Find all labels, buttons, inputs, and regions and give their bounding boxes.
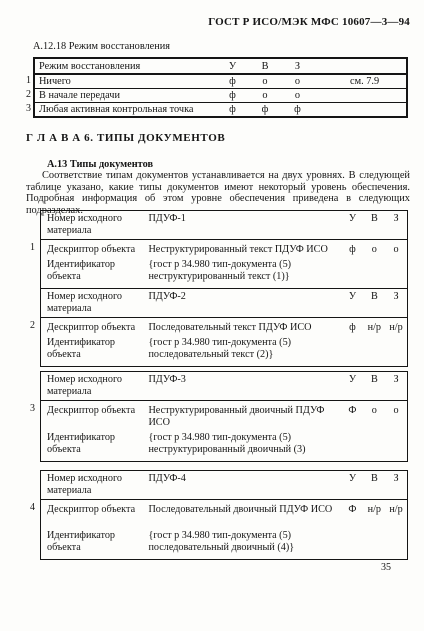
identifier-value: {гост р 34.980 тип-документа (5) неструк…: [142, 257, 341, 289]
doc-table-number: 1: [25, 242, 35, 253]
identifier-label: Идентификатор объекта: [41, 257, 143, 289]
cell-value: Ф: [341, 500, 363, 518]
material-header-row: Номер исходного материала ПДУФ-3 У В З: [41, 372, 408, 401]
cell-value: Ф: [341, 401, 363, 431]
material-header-row: Номер исходного материала ПДУФ-2 У В З: [41, 289, 408, 318]
recovery-row-number: 2: [21, 88, 31, 101]
cell-value: н/р: [364, 318, 385, 336]
descriptor-row: Дескриптор объекта Неструктурированный д…: [41, 401, 408, 431]
identifier-label: Идентификатор объекта: [41, 430, 143, 462]
doc-table-block-pduf-3: 3 Номер исходного материала ПДУФ-3 У В З…: [40, 371, 408, 462]
identifier-value: {гост р 34.980 тип-документа (5) неструк…: [142, 430, 341, 462]
identifier-label: Идентификатор объекта: [41, 335, 143, 367]
cell-value: ф: [216, 74, 249, 89]
identifier-row: Идентификатор объекта {гост р 34.980 тип…: [41, 335, 408, 367]
cell-value: ф: [216, 103, 249, 118]
cell-value: о: [249, 89, 281, 103]
descriptor-row: Дескриптор объекта Последовательный текс…: [41, 318, 408, 336]
cell-value: ф: [281, 103, 314, 118]
recovery-mode-table: Режим восстановления У В З Ничего ф о о …: [33, 57, 408, 118]
table-row: В начале передачи ф о о: [34, 89, 407, 103]
standard-code-header: ГОСТ Р ИСО/МЭК МФС 10607—3—94: [208, 16, 410, 28]
cell-value: ф: [216, 89, 249, 103]
identifier-row: Идентификатор объекта {гост р 34.980 тип…: [41, 257, 408, 289]
identifier-line: последовательный текст (2)}: [148, 349, 341, 361]
identifier-line: последовательный двоичный (4)}: [148, 542, 341, 554]
descriptor-value: Неструктурированный двоичный ПДУФ ИСО: [142, 401, 341, 431]
column-header-z: З: [385, 372, 407, 401]
row-note: [314, 103, 407, 118]
cell-value: о: [385, 240, 407, 258]
descriptor-label: Дескриптор объекта: [41, 240, 143, 258]
table-title-cell: Режим восстановления: [34, 58, 216, 74]
table-header-row: Режим восстановления У В З: [34, 58, 407, 74]
descriptor-value: Последовательный текст ПДУФ ИСО: [142, 318, 341, 336]
descriptor-label: Дескриптор объекта: [41, 318, 143, 336]
column-header-v: В: [364, 211, 385, 240]
material-header-row: Номер исходного материала ПДУФ-1 У В З: [41, 211, 408, 240]
column-header-u: У: [341, 471, 363, 500]
doc-type-table: Номер исходного материала ПДУФ-1 У В З Д…: [40, 210, 408, 289]
doc-type-table: Номер исходного материала ПДУФ-3 У В З Д…: [40, 371, 408, 462]
cell-value: ф: [341, 240, 363, 258]
column-header-v: В: [364, 372, 385, 401]
row-note: см. 7.9: [314, 74, 407, 89]
row-label: В начале передачи: [34, 89, 216, 103]
material-label: Номер исходного материала: [41, 211, 143, 240]
descriptor-label: Дескриптор объекта: [41, 401, 143, 431]
doc-table-block-pduf-4: 4 Номер исходного материала ПДУФ-4 У В З…: [40, 470, 408, 560]
table-row: Любая активная контрольная точка ф ф ф: [34, 103, 407, 118]
identifier-line: {гост р 34.980 тип-документа (5): [148, 337, 341, 349]
identifier-row: Идентификатор объекта {гост р 34.980 тип…: [41, 430, 408, 462]
row-note: [314, 89, 407, 103]
recovery-row-number: 1: [21, 74, 31, 87]
column-header-z: З: [281, 58, 314, 74]
doc-table-block-pduf-2: 2 Номер исходного материала ПДУФ-2 У В З…: [40, 288, 408, 367]
identifier-line: {гост р 34.980 тип-документа (5): [148, 432, 341, 444]
cell-value: н/р: [364, 500, 385, 518]
cell-value: о: [281, 89, 314, 103]
doc-table-number: 3: [25, 403, 35, 414]
recovery-table-block: 1 2 3 Режим восстановления У В З Ничего …: [33, 57, 408, 118]
page-number: 35: [381, 562, 391, 573]
descriptor-label: Дескриптор объекта: [41, 500, 143, 518]
section-a13-heading: А.13 Типы документов: [47, 159, 153, 170]
row-label: Ничего: [34, 74, 216, 89]
cell-value: о: [364, 240, 385, 258]
cell-value: о: [249, 74, 281, 89]
cell-value: н/р: [385, 318, 407, 336]
cell-value: о: [385, 401, 407, 431]
column-header-u: У: [216, 58, 249, 74]
cell-value: о: [364, 401, 385, 431]
material-label: Номер исходного материала: [41, 372, 143, 401]
doc-type-table: Номер исходного материала ПДУФ-4 У В З Д…: [40, 470, 408, 560]
cell-value: о: [281, 74, 314, 89]
column-header-z: З: [385, 289, 407, 318]
identifier-row: Идентификатор объекта {гост р 34.980 тип…: [41, 517, 408, 560]
column-header-u: У: [341, 211, 363, 240]
table-row: Ничего ф о о см. 7.9: [34, 74, 407, 89]
identifier-line: неструктурированный двоичный (3): [148, 444, 341, 456]
doc-table-number: 4: [25, 502, 35, 513]
column-header-u: У: [341, 372, 363, 401]
identifier-line: {гост р 34.980 тип-документа (5): [148, 530, 341, 542]
section-a12-heading: А.12.18 Режим восстановления: [33, 41, 170, 52]
column-header-v: В: [364, 471, 385, 500]
descriptor-value: Неструктурированный текст ПДУФ ИСО: [142, 240, 341, 258]
column-header-v: В: [364, 289, 385, 318]
descriptor-row: Дескриптор объекта Неструктурированный т…: [41, 240, 408, 258]
column-header-z: З: [385, 211, 407, 240]
recovery-row-number: 3: [21, 102, 31, 115]
identifier-line: неструктурированный текст (1)}: [148, 271, 341, 283]
column-header-note: [314, 58, 407, 74]
descriptor-row: Дескриптор объекта Последовательный двои…: [41, 500, 408, 518]
material-label: Номер исходного материала: [41, 289, 143, 318]
column-header-v: В: [249, 58, 281, 74]
cell-value: н/р: [385, 500, 407, 518]
material-value: ПДУФ-4: [142, 471, 341, 500]
column-header-u: У: [341, 289, 363, 318]
material-label: Номер исходного материала: [41, 471, 143, 500]
descriptor-value: Последовательный двоичный ПДУФ ИСО: [142, 500, 341, 518]
material-value: ПДУФ-3: [142, 372, 341, 401]
column-header-z: З: [385, 471, 407, 500]
row-label: Любая активная контрольная точка: [34, 103, 216, 118]
identifier-line: {гост р 34.980 тип-документа (5): [148, 259, 341, 271]
doc-type-table: Номер исходного материала ПДУФ-2 У В З Д…: [40, 288, 408, 367]
chapter-heading: Г Л А В А 6. ТИПЫ ДОКУМЕНТОВ: [26, 132, 225, 144]
cell-value: ф: [249, 103, 281, 118]
doc-table-block-pduf-1: 1 Номер исходного материала ПДУФ-1 У В З…: [40, 210, 408, 289]
material-value: ПДУФ-2: [142, 289, 341, 318]
identifier-value: {гост р 34.980 тип-документа (5) последо…: [142, 517, 341, 560]
identifier-value: {гост р 34.980 тип-документа (5) последо…: [142, 335, 341, 367]
cell-value: ф: [341, 318, 363, 336]
material-header-row: Номер исходного материала ПДУФ-4 У В З: [41, 471, 408, 500]
identifier-label: Идентификатор объекта: [41, 517, 143, 560]
document-page: ГОСТ Р ИСО/МЭК МФС 10607—3—94 А.12.18 Ре…: [0, 0, 424, 631]
material-value: ПДУФ-1: [142, 211, 341, 240]
doc-table-number: 2: [25, 320, 35, 331]
